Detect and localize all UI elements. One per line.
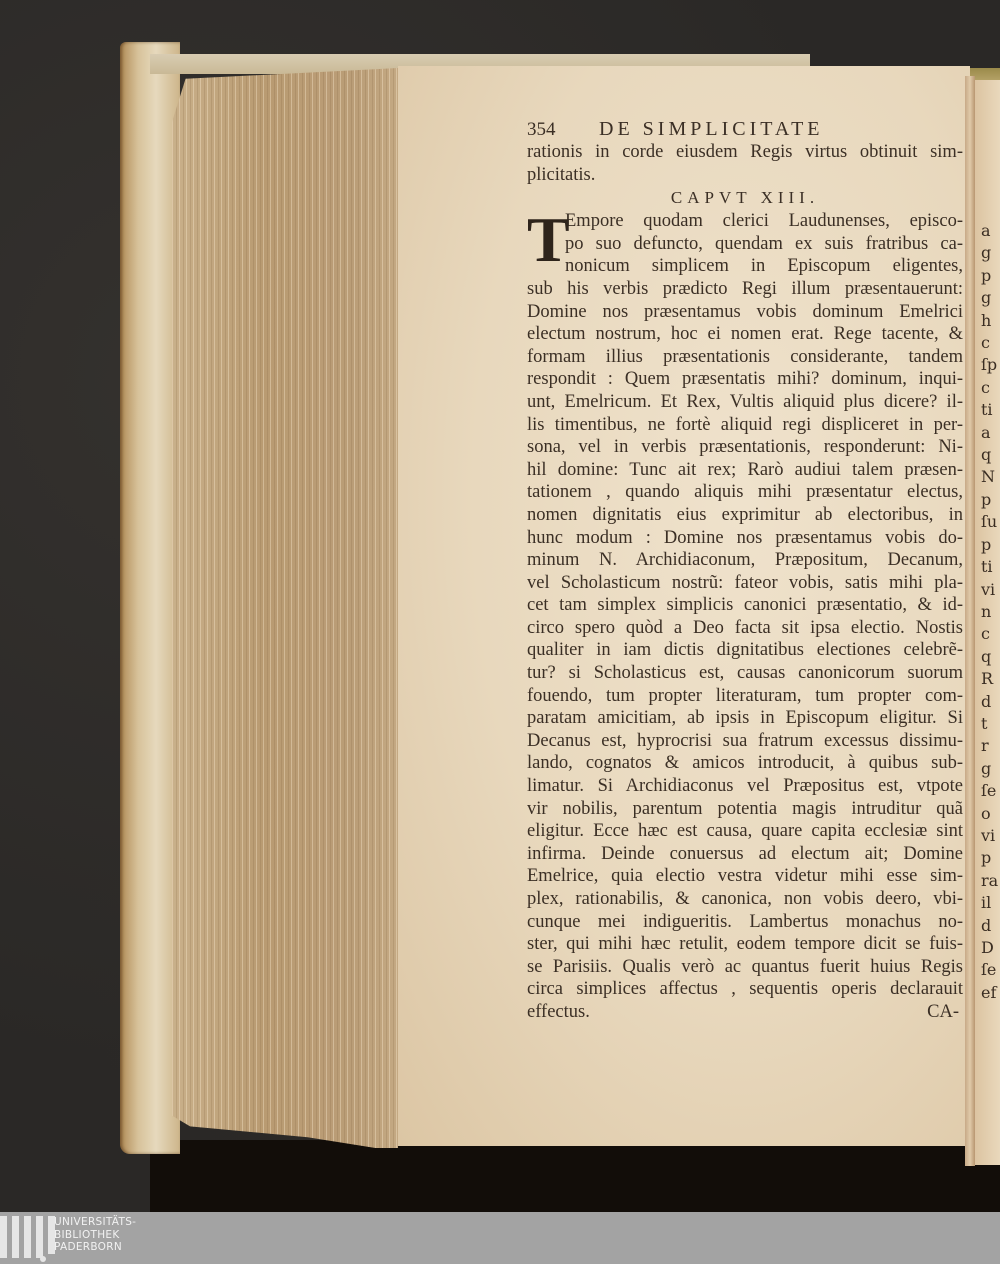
logo-dot-icon	[40, 1256, 46, 1262]
vellum-cover-board	[120, 42, 180, 1154]
page-header: 354 DE SIMPLICITATE	[527, 117, 963, 141]
text-line: limatur. Si Archidiaconus vel Præpositus…	[527, 775, 963, 798]
facing-letter: D	[981, 937, 1000, 959]
library-footer: UNIVERSITÄTS- BIBLIOTHEK PADERBORN	[0, 1212, 1000, 1264]
text-line: qualiter in iam dictis dignitatibus elec…	[527, 639, 963, 662]
page-number: 354	[527, 118, 587, 142]
text-line: lis timentibus, ne fortè aliquid regi di…	[527, 414, 963, 437]
facing-letter: ſp	[981, 354, 1000, 376]
facing-letter: t	[981, 713, 1000, 735]
facing-letter: q	[981, 646, 1000, 668]
facing-letter: d	[981, 915, 1000, 937]
facing-letter: g	[981, 758, 1000, 780]
text-line: ster, qui mihi hæc retulit, eodem tempor…	[527, 933, 963, 956]
text-line: circa simplices affectus , sequentis ope…	[527, 978, 963, 1001]
facing-letter: R	[981, 668, 1000, 690]
text-line: respondit : Quem præsentatis mihi? domin…	[527, 368, 963, 391]
final-text: effectus.	[527, 1002, 590, 1022]
facing-letter: p	[981, 265, 1000, 287]
facing-letter: q	[981, 444, 1000, 466]
text-line: unt, Emelricum. Et Rex, Vultis aliquid p…	[527, 391, 963, 414]
facing-letter: vi	[981, 825, 1000, 847]
text-line: po suo defuncto, quendam ex suis fratrib…	[527, 233, 963, 256]
text-line: minum N. Archidiaconum, Præpositum, Deca…	[527, 549, 963, 572]
text-line: plex, rationabilis, & canonica, non vobi…	[527, 888, 963, 911]
chapter-heading: CAPVT XIII.	[527, 186, 963, 210]
facing-letter: h	[981, 310, 1000, 332]
text-line: circo spero quòd a Deo facta sit ipsa el…	[527, 617, 963, 640]
facing-letter: n	[981, 601, 1000, 623]
running-head: DE SIMPLICITATE	[599, 117, 824, 141]
facing-letter: g	[981, 242, 1000, 264]
text-line: hunc modum : Domine nos præsentamus vobi…	[527, 527, 963, 550]
book-shadow	[150, 1140, 1000, 1212]
facing-letter: ſe	[981, 780, 1000, 802]
facing-letter: ſu	[981, 511, 1000, 533]
facing-letter: ra	[981, 870, 1000, 892]
facing-letter: g	[981, 287, 1000, 309]
facing-letter: a	[981, 422, 1000, 444]
facing-letter: N	[981, 466, 1000, 488]
facing-letter: o	[981, 803, 1000, 825]
text-line: tur? si Scholasticus est, causas canonic…	[527, 662, 963, 685]
final-line: effectus. CA-	[527, 1001, 963, 1024]
facing-letter: vi	[981, 579, 1000, 601]
text-line: hil domine: Tunc ait rex; Rarò audiui ta…	[527, 459, 963, 482]
text-line: rationis in corde eiusdem Regis virtus o…	[527, 141, 963, 164]
library-logo-icon	[0, 1216, 55, 1262]
text-line: formam illius præsentationis considerant…	[527, 346, 963, 369]
text-line: Empore quodam clerici Laudunenses, episc…	[527, 210, 963, 233]
facing-letter: c	[981, 377, 1000, 399]
text-line: Domine nos præsentamus vobis dominum Eme…	[527, 301, 963, 324]
facing-letter: ef	[981, 982, 1000, 1004]
page-stack-fore-edge	[172, 68, 398, 1148]
text-line: se Parisiis. Qualis verò ac quantus fuer…	[527, 956, 963, 979]
facing-letter: c	[981, 332, 1000, 354]
text-line: paratam amicitiam, ab ipsis in Episcopum…	[527, 707, 963, 730]
text-line: infirma. Deinde conuersus ad electum ait…	[527, 843, 963, 866]
text-line: Decanus est, hyprocrisi sua fratrum exce…	[527, 730, 963, 753]
text-line: sub his verbis prædicto Regi illum præse…	[527, 278, 963, 301]
facing-letter: ſe	[981, 959, 1000, 981]
chapter-paragraph: T Empore quodam clerici Laudunenses, epi…	[527, 210, 963, 1023]
institution-name: UNIVERSITÄTS- BIBLIOTHEK PADERBORN	[54, 1216, 136, 1254]
text-line: plicitatis.	[527, 164, 963, 187]
facing-letter: p	[981, 847, 1000, 869]
body-lines: sub his verbis prædicto Regi illum præse…	[527, 278, 963, 1001]
text-line: cet tam simplex simplicis canonici præse…	[527, 594, 963, 617]
catchword: CA-	[927, 1001, 959, 1024]
drop-cap: T	[527, 210, 570, 270]
text-line: vel Scholasticum nostrũ: fateor vobis, s…	[527, 572, 963, 595]
facing-letter: p	[981, 489, 1000, 511]
book-gutter	[965, 76, 975, 1166]
facing-letter: p	[981, 534, 1000, 556]
text-line: cunque mei indigueritis. Lambertus monac…	[527, 911, 963, 934]
text-line: vir nobilis, parentum potentia magis int…	[527, 798, 963, 821]
book-scan: agpghcſpctiaqNpſuptivincqRdtrgſeoviprail…	[0, 0, 1000, 1212]
text-line: nomen dignitatis eius exprimitur ab elec…	[527, 504, 963, 527]
page-text-block: 354 DE SIMPLICITATE rationis in corde ei…	[527, 117, 963, 1024]
text-line: eligitur. Ecce hæc est causa, quare capi…	[527, 820, 963, 843]
text-line: lando, cognatos & amicos introducit, à q…	[527, 752, 963, 775]
facing-letter: ti	[981, 399, 1000, 421]
text-line: tationem , quando aliquis mihi præsentat…	[527, 481, 963, 504]
facing-letter: ti	[981, 556, 1000, 578]
facing-letter: d	[981, 691, 1000, 713]
facing-letter: c	[981, 623, 1000, 645]
text-line: nonicum simplicem in Episcopum eligentes…	[527, 255, 963, 278]
text-line: electum nostrum, hoc ei nomen erat. Rege…	[527, 323, 963, 346]
text-line: Emelrice, quia electio vestra videtur mi…	[527, 865, 963, 888]
facing-letter: il	[981, 892, 1000, 914]
facing-page-edge: agpghcſpctiaqNpſuptivincqRdtrgſeoviprail…	[975, 80, 1000, 1165]
facing-letter: a	[981, 220, 1000, 242]
facing-page-letters: agpghcſpctiaqNpſuptivincqRdtrgſeoviprail…	[981, 220, 1000, 1004]
facing-letter: r	[981, 735, 1000, 757]
text-line: sona, vel in verbis præsentationis, resp…	[527, 436, 963, 459]
text-line: fouendo, tum propter literaturam, tum pr…	[527, 685, 963, 708]
